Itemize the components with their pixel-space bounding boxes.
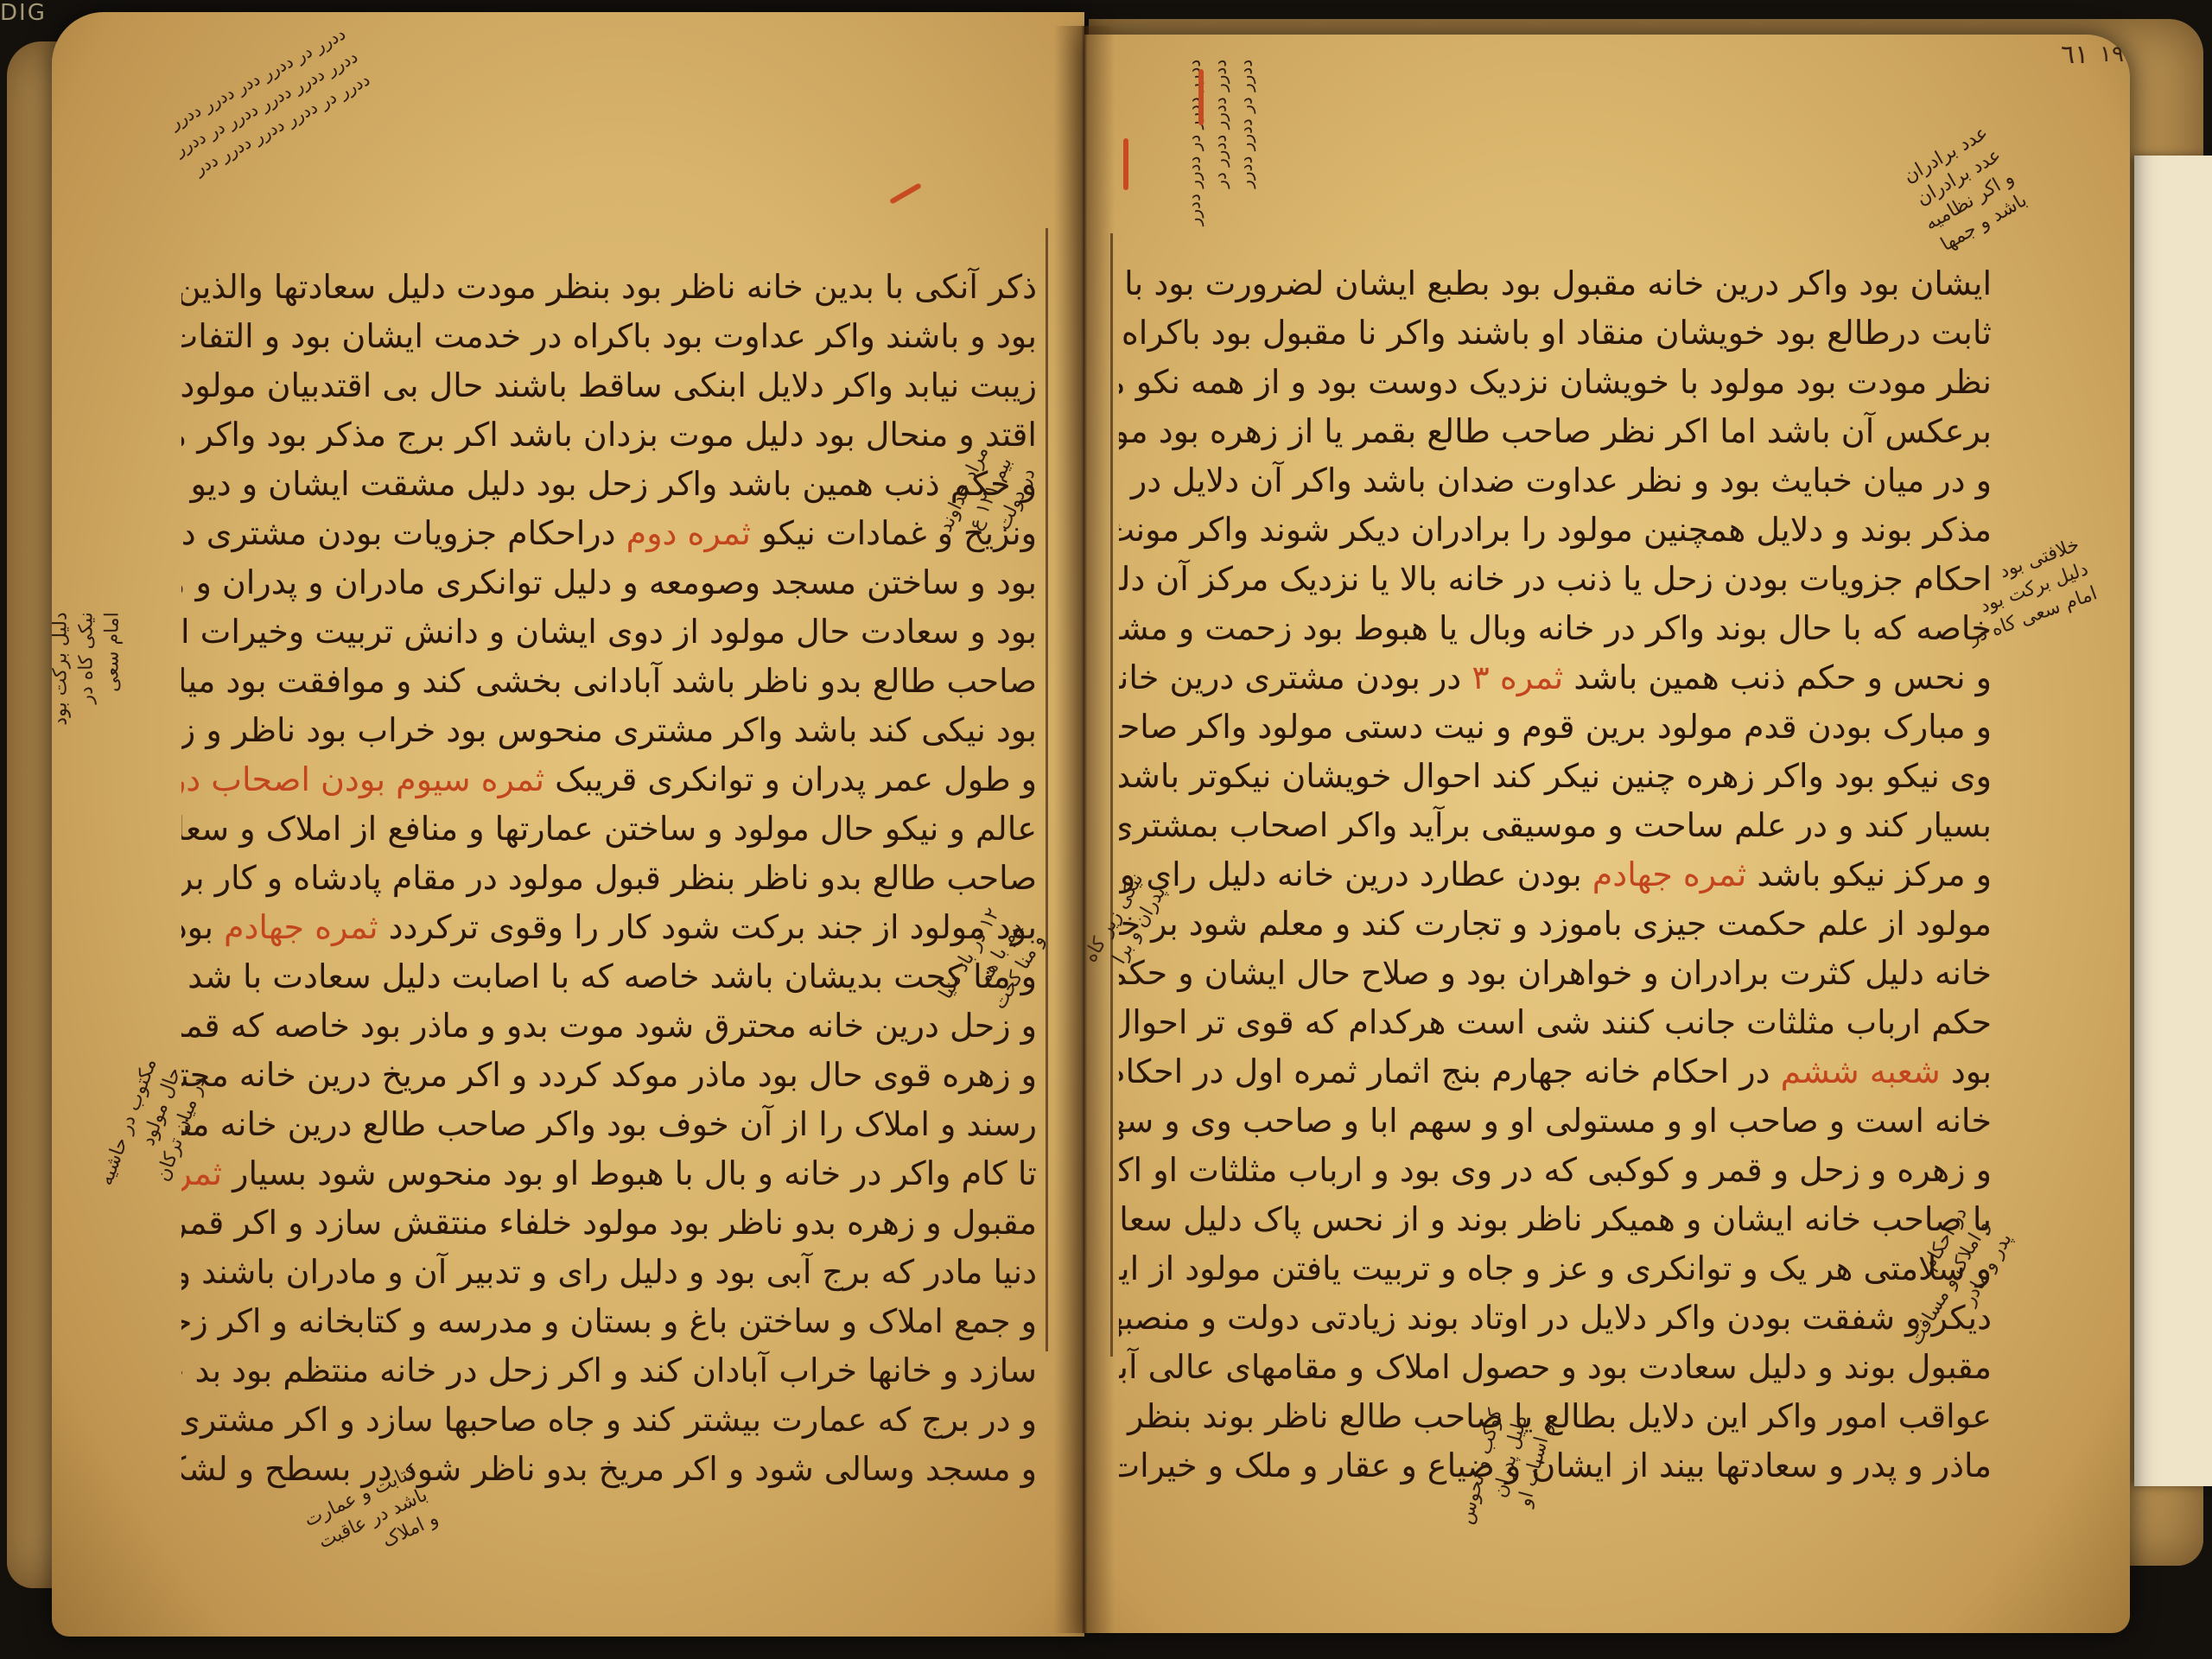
line-text: با صاحب خانه ایشان و همیکر ناظر بوند و ا…	[1119, 1200, 1992, 1238]
line-text: و منا کحت بدیشان باشد خاصه که با اصابت د…	[181, 957, 1037, 995]
text-line: بود مولود از جند برکت شود کار را وقوی تر…	[181, 903, 1037, 952]
line-text: مولود از علم حکمت جیزی باموزد و تجارت کن…	[1119, 905, 1992, 943]
line-text: بود و سعادت حال مولود از دوی ایشان و دان…	[181, 613, 1037, 651]
left-margin-gloss-outer: خلافت بوددلیل برکت بودنیکی کاه درامام سع…	[52, 612, 126, 725]
left-page: ذکر آنکی با بدین خانه ناظر بود بنظر مودت…	[52, 12, 1084, 1637]
text-line: ونزیح و غمادات نیکو ثمره دوم دراحکام جزو…	[181, 509, 1037, 558]
line-text: اقتد و منحال بود دلیل موت بزدان باشد اکر…	[181, 416, 1037, 454]
text-line: حکم ارباب مثلثات جانب کنند شی است هرکدام…	[1119, 998, 1992, 1047]
line-text: بود و باشند واکر عداوت بود باکراه در خدم…	[181, 317, 1037, 355]
text-line: عالم و نیکو حال مولود و ساختن عمارتها و …	[181, 804, 1037, 854]
line-text: تا کام واکر در خانه و بال با هبوط او بود…	[232, 1154, 1037, 1192]
line-text: احکام جزویات بودن زحل یا ذنب در خانه بال…	[1119, 560, 1992, 598]
text-line: مقبول بوند و دلیل سعادت بود و حصول املاک…	[1119, 1343, 1992, 1392]
right-margin-gloss-top: ددرر ددرر در ددرر ددررددرر ددرر ددرر درد…	[1180, 60, 1258, 226]
line-text-continued: در احکام خانه جهارم بنج اثمار ثمره اول د…	[1119, 1052, 1770, 1090]
manuscript-spread: ذکر آنکی با بدین خانه ناظر بود بنظر مودت…	[0, 0, 2212, 1659]
text-line: خانه دلیل کثرت برادران و خواهران بود و ص…	[1119, 949, 1992, 998]
text-line: سازد و خانها خراب آبادان کند و اکر زحل د…	[181, 1346, 1037, 1395]
line-text: بود نیکی کند باشد واکر مشتری منحوس بود خ…	[181, 711, 1037, 749]
left-main-text: ذکر آنکی با بدین خانه ناظر بود بنظر مودت…	[181, 263, 1037, 1494]
text-line: صاحب طالع بدو ناظر بنظر قبول مولود در مق…	[181, 854, 1037, 903]
line-text: و سلامتی هر یک و توانکری و عز و جاه و تر…	[1119, 1249, 1992, 1287]
text-line: بود نیکی کند باشد واکر مشتری منحوس بود خ…	[181, 706, 1037, 755]
line-text: ماذر و پدر و سعادتها بیند از ایشان و ضیا…	[1119, 1446, 1992, 1484]
line-text: ذکر آنکی با بدین خانه ناظر بود بنظر مودت…	[181, 268, 1037, 306]
line-text: مذکر بوند و دلایل همچنین مولود را برادرا…	[1119, 511, 1992, 549]
line-text: سازد و خانها خراب آبادان کند و اکر زحل د…	[181, 1351, 1037, 1389]
right-page: ٦١ ایشان بود واکر درین خانه مقبول بود بط…	[1084, 35, 2130, 1633]
text-line: و مرکز نیکو باشد ثمره جهادم بودن عطارد د…	[1119, 850, 1992, 899]
text-line: بود شعبه ششم در احکام خانه جهارم بنج اثم…	[1119, 1047, 1992, 1096]
line-text: و زحل درین خانه محترق شود موت بدو و ماذر…	[181, 1007, 1037, 1045]
line-text-continued: بودن عطارد درین خانه دلیل رای و تدبیر خو…	[1119, 855, 1582, 893]
gloss-line: دلیل برکت بود	[52, 612, 74, 725]
text-line: ایشان بود واکر درین خانه مقبول بود بطبع …	[1119, 259, 1992, 308]
text-line: نظر مودت بود مولود با خویشان نزدیک دوست …	[1119, 358, 1992, 407]
line-text: خانه دلیل کثرت برادران و خواهران بود و ص…	[1119, 954, 1992, 992]
rubric-heading: ثمره سیوم بودن اصحاب درین خانه	[181, 760, 544, 798]
text-line: زیبت نیابد واکر دلایل ابنکی ساقط باشند ح…	[181, 361, 1037, 410]
rubric-heading: ثمره جهادم	[1592, 855, 1747, 893]
text-line: و نحس و حکم ذنب همین باشد ثمره ۳ در بودن…	[1119, 653, 1992, 702]
line-text: و نحس و حکم ذنب همین باشد	[1573, 658, 1992, 696]
line-text: ایشان بود واکر درین خانه مقبول بود بطبع …	[1119, 264, 1992, 302]
text-line: دیکر و شفقت بودن واکر دلایل در اوتاد بون…	[1119, 1294, 1992, 1343]
line-text: زیبت نیابد واکر دلایل ابنکی ساقط باشند ح…	[181, 366, 1037, 404]
text-line: مولود از علم حکمت جیزی باموزد و تجارت کن…	[1119, 899, 1992, 949]
text-line: بسیار کند و در علم ساحت و موسیقی برآید و…	[1119, 801, 1992, 850]
line-text: بود و ساختن مسجد وصومعه و دلیل توانکری م…	[181, 563, 1037, 601]
text-line: و در برج که عمارت بیشتر کند و جاه صاحبها…	[181, 1395, 1037, 1445]
text-line: خانه است و صاحب او و مستولی او و سهم ابا…	[1119, 1096, 1992, 1146]
text-line: اقتد و منحال بود دلیل موت بزدان باشد اکر…	[181, 410, 1037, 460]
line-text: صاحب طالع بدو ناظر باشد آبادانی بخشی کند…	[181, 662, 1037, 700]
line-text-continued: بودن زهره درین خانه دلیل	[181, 908, 213, 946]
text-line: با صاحب خانه ایشان و همیکر ناظر بوند و ا…	[1119, 1195, 1992, 1244]
line-text: و زهره قوی حال بود ماذر موکد کردد و اکر …	[181, 1056, 1037, 1094]
text-line: و زهره و زحل و قمر و کوکبی که در وی بود …	[1119, 1146, 1992, 1195]
line-text: دیکر و شفقت بودن واکر دلایل در اوتاد بون…	[1119, 1299, 1992, 1337]
line-text: و طول عمر پدران و توانکری قریبک	[555, 760, 1037, 798]
line-text: رسند و املاک را از آن خوف بود واکر صاحب …	[181, 1105, 1037, 1143]
text-line: و منا کحت بدیشان باشد خاصه که با اصابت د…	[181, 952, 1037, 1001]
text-frame-rule	[1046, 228, 1048, 1351]
line-text: و جمع املاک و ساختن باغ و بستان و مدرسه …	[181, 1302, 1037, 1340]
line-text: وی نیکو بود واکر زهره چنین نیکر کند احوا…	[1119, 757, 1992, 795]
line-text: خاصه که با حال بوند واکر در خانه وبال یا…	[1119, 609, 1992, 647]
text-line: بود و باشند واکر عداوت بود باکراه در خدم…	[181, 312, 1037, 361]
right-margin-gloss-outer-upper: عدد برادرانعدد برادرانو اکر نظامیهباشد و…	[1895, 120, 2032, 259]
line-text-continued: دراحکام جزویات بودن مشتری درین خانه دلیل…	[181, 514, 616, 552]
text-line: و زهره قوی حال بود ماذر موکد کردد و اکر …	[181, 1051, 1037, 1100]
text-line: و مسجد وسالی شود و اکر مریخ بدو ناظر شود…	[181, 1445, 1037, 1494]
text-line: دنیا مادر که برج آبی بود و دلیل رای و تد…	[181, 1248, 1037, 1297]
text-line: مذکر بوند و دلایل همچنین مولود را برادرا…	[1119, 505, 1992, 555]
text-line: و طول عمر پدران و توانکری قریبک ثمره سیو…	[181, 755, 1037, 804]
left-margin-gloss-top: ددرر در ددرر ددر ددرر ددررددرر ددرر ددرر…	[158, 21, 375, 185]
line-text-continued: در بودن مشتری درین خانه دلیل سعادت خویشا…	[1119, 658, 1461, 696]
gloss-line: ددرر در ددرر ددرر	[1232, 60, 1258, 226]
line-text: دنیا مادر که برج آبی بود و دلیل رای و تد…	[181, 1253, 1037, 1291]
gloss-line: نیکی کاه در	[74, 612, 100, 725]
line-text: و مسجد وسالی شود و اکر مریخ بدو ناظر شود…	[181, 1450, 1037, 1488]
line-text: بود مولود از جند برکت شود کار را وقوی تر…	[389, 908, 1037, 946]
line-text: بود	[1951, 1052, 1992, 1090]
text-line: رسند و املاک را از آن خوف بود واکر صاحب …	[181, 1100, 1037, 1149]
rubric-heading: شعبه ششم	[1781, 1052, 1941, 1090]
line-text: ثابت درطالع بود خویشان منقاد او باشند وا…	[1119, 314, 1992, 352]
line-text: مقبول و زهره بدو ناظر بود مولود خلفاء من…	[181, 1204, 1037, 1242]
text-line: و مبارک بودن قدم مولود برین قوم و نیت دس…	[1119, 702, 1992, 752]
text-line: و حکم ذنب همین باشد واکر زحل بود دلیل مش…	[181, 460, 1037, 509]
text-line: و جمع املاک و ساختن باغ و بستان و مدرسه …	[181, 1297, 1037, 1346]
rubric-heading: ثمره بنجم بودن عطارد درین خانه	[181, 1154, 222, 1192]
line-text: صاحب طالع بدو ناظر بنظر قبول مولود در مق…	[181, 859, 1037, 897]
line-text: مقبول بوند و دلیل سعادت بود و حصول املاک…	[1119, 1348, 1992, 1386]
line-text: نظر مودت بود مولود با خویشان نزدیک دوست …	[1119, 363, 1992, 401]
text-line: خاصه که با حال بوند واکر در خانه وبال یا…	[1119, 604, 1992, 653]
line-text: و زهره و زحل و قمر و کوکبی که در وی بود …	[1119, 1151, 1992, 1189]
red-marker	[1123, 138, 1128, 190]
text-line: احکام جزویات بودن زحل یا ذنب در خانه بال…	[1119, 555, 1992, 604]
text-line: و سلامتی هر یک و توانکری و عز و جاه و تر…	[1119, 1244, 1992, 1294]
folio-number: ٦١	[2061, 40, 2088, 70]
red-marker	[1198, 69, 1204, 125]
text-line: تا کام واکر در خانه و بال با هبوط او بود…	[181, 1149, 1037, 1198]
text-line: بود و سعادت حال مولود از دوی ایشان و دان…	[181, 607, 1037, 657]
text-line: بود و ساختن مسجد وصومعه و دلیل توانکری م…	[181, 558, 1037, 607]
line-text: و مرکز نیکو باشد	[1757, 855, 1992, 893]
rubric-heading: ثمره دوم	[626, 514, 751, 552]
red-marker	[889, 182, 922, 204]
gloss-line: ددرر ددرر ددرر در	[1206, 60, 1232, 226]
line-text: و مبارک بودن قدم مولود برین قوم و نیت دس…	[1119, 708, 1992, 746]
line-text: عالم و نیکو حال مولود و ساختن عمارتها و …	[181, 810, 1037, 848]
rubric-heading: ثمره جهادم	[224, 908, 378, 946]
text-line: و در میان خبایث بود و نظر عداوت ضدان باش…	[1119, 456, 1992, 505]
line-text: بسیار کند و در علم ساحت و موسیقی برآید و…	[1119, 806, 1992, 844]
text-line: برعکس آن باشد اما اکر نظر صاحب طالع بقمر…	[1119, 407, 1992, 456]
text-line: مقبول و زهره بدو ناظر بود مولود خلفاء من…	[181, 1198, 1037, 1248]
line-text: و در میان خبایث بود و نظر عداوت ضدان باش…	[1119, 461, 1992, 499]
line-text: و حکم ذنب همین باشد واکر زحل بود دلیل مش…	[181, 465, 1037, 503]
line-text: خانه است و صاحب او و مستولی او و سهم ابا…	[1119, 1102, 1992, 1140]
text-line: ثابت درطالع بود خویشان منقاد او باشند وا…	[1119, 308, 1992, 358]
text-line: وی نیکو بود واکر زهره چنین نیکر کند احوا…	[1119, 752, 1992, 801]
line-text: و در برج که عمارت بیشتر کند و جاه صاحبها…	[181, 1401, 1037, 1439]
text-line: و زحل درین خانه محترق شود موت بدو و ماذر…	[181, 1001, 1037, 1051]
edge-folio-number: ١٩	[2100, 41, 2124, 67]
text-line: ماذر و پدر و سعادتها بیند از ایشان و ضیا…	[1119, 1441, 1992, 1491]
gloss-line: امام سعی	[100, 612, 126, 725]
book-gutter	[1054, 26, 1115, 1633]
line-text: برعکس آن باشد اما اکر نظر صاحب طالع بقمر…	[1119, 412, 1992, 450]
right-main-text: ایشان بود واکر درین خانه مقبول بود بطبع …	[1119, 259, 1992, 1491]
text-line: ذکر آنکی با بدین خانه ناظر بود بنظر مودت…	[181, 263, 1037, 312]
paper-insert-slip	[2134, 156, 2212, 1486]
text-line: صاحب طالع بدو ناظر باشد آبادانی بخشی کند…	[181, 657, 1037, 706]
rubric-heading: ثمره ۳	[1471, 658, 1563, 696]
line-text: حکم ارباب مثلثات جانب کنند شی است هرکدام…	[1119, 1003, 1992, 1041]
